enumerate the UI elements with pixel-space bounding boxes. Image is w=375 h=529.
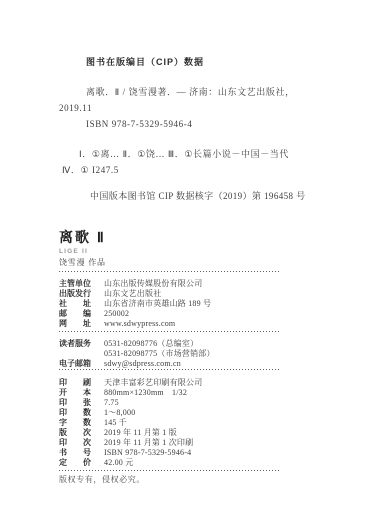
info-row: 印 刷 天津丰富彩艺印刷有限公司	[59, 378, 339, 388]
info-label: 字 数	[59, 418, 91, 428]
contact-info-section: 读者服务 0531-82098776（总编室） 0531-82098775（市场…	[59, 339, 339, 369]
info-row: 字 数 145 千	[59, 418, 339, 428]
info-value: 250002	[104, 309, 129, 319]
info-label: 定 价	[59, 458, 91, 468]
info-label: 印 次	[59, 438, 91, 448]
dotted-divider	[59, 369, 280, 370]
publisher-info-section: 主管单位 山东出版传媒股份有限公司 出版发行 山东文艺出版社 社 址 山东省济南…	[59, 279, 339, 329]
info-value: sdwy@sdpress.com.cn	[104, 359, 181, 369]
info-value: 145 千	[104, 418, 127, 428]
book-copyright-page: 图书在版编目（CIP）数据 离歌．Ⅱ / 饶雪漫著．— 济南：山东文艺出版社， …	[0, 0, 375, 529]
title-block: 离歌 Ⅱ LIGE II 饶雪漫 作品	[59, 230, 339, 267]
cip-isbn-line: ISBN 978-7-5329-5946-4	[86, 116, 339, 132]
info-value: www.sdwypress.com	[104, 319, 175, 329]
cip-record-line-2: 2019.11	[59, 100, 339, 116]
book-title-romanized: LIGE II	[59, 248, 339, 255]
info-label: 邮 编	[59, 309, 91, 319]
book-author: 饶雪漫 作品	[59, 258, 339, 267]
info-value: 山东省济南市英雄山路 189 号	[104, 299, 211, 309]
info-value: 1～8,000	[104, 408, 135, 418]
book-title: 离歌 Ⅱ	[59, 230, 339, 245]
info-value: 山东文艺出版社	[104, 289, 161, 299]
dotted-divider	[59, 470, 280, 471]
info-label: 印 刷	[59, 378, 91, 388]
info-row: 电子邮箱 sdwy@sdpress.com.cn	[59, 359, 339, 369]
info-value: 7.75	[104, 398, 119, 408]
info-label: 印 数	[59, 408, 91, 418]
cip-classification-line-1: Ⅰ．①离… Ⅱ．①饶… Ⅲ．①长篇小说－中国－当代	[79, 146, 339, 162]
copyright-notice: 版权专有，侵权必究。	[59, 475, 339, 484]
info-value: ISBN 978-7-5329-5946-4	[104, 448, 191, 458]
info-row: 主管单位 山东出版传媒股份有限公司	[59, 279, 339, 289]
info-value: 2019 年 11 月第 1 次印刷	[104, 438, 193, 448]
info-row: 邮 编 250002	[59, 309, 339, 319]
cip-header: 图书在版编目（CIP）数据	[86, 57, 339, 67]
info-value: 42.00 元	[104, 458, 133, 468]
info-row: 读者服务 0531-82098776（总编室）	[59, 339, 339, 349]
info-label: 网 址	[59, 319, 91, 329]
info-row: 出版发行 山东文艺出版社	[59, 289, 339, 299]
cip-block: 图书在版编目（CIP）数据 离歌．Ⅱ / 饶雪漫著．— 济南：山东文艺出版社， …	[59, 57, 339, 204]
cip-classification-line-2: Ⅳ．① I247.5	[62, 162, 339, 178]
info-label: 读者服务	[59, 339, 91, 349]
cip-record-line-1: 离歌．Ⅱ / 饶雪漫著．— 济南：山东文艺出版社，	[86, 84, 339, 100]
printing-info-section: 印 刷 天津丰富彩艺印刷有限公司 开 本 880mm×1230mm 1/32 印…	[59, 378, 339, 468]
info-row: 印 张 7.75	[59, 398, 339, 408]
info-label: 电子邮箱	[59, 359, 91, 369]
info-row: 定 价 42.00 元	[59, 458, 339, 468]
info-row: 开 本 880mm×1230mm 1/32	[59, 388, 339, 398]
info-label: 开 本	[59, 388, 91, 398]
cip-registry-line: 中国版本图书馆 CIP 数据核字（2019）第 196458 号	[90, 188, 339, 204]
info-row: 书 号 ISBN 978-7-5329-5946-4	[59, 448, 339, 458]
info-value: 2019 年 11 月第 1 版	[104, 428, 177, 438]
info-value: 880mm×1230mm 1/32	[104, 388, 187, 398]
dotted-divider	[59, 331, 280, 332]
info-label: 版 次	[59, 428, 91, 438]
info-label: 书 号	[59, 448, 91, 458]
info-label: 社 址	[59, 299, 91, 309]
info-row: 版 次 2019 年 11 月第 1 版	[59, 428, 339, 438]
info-value: 天津丰富彩艺印刷有限公司	[104, 378, 202, 388]
info-row: 网 址 www.sdwypress.com	[59, 319, 339, 329]
info-label: 出版发行	[59, 289, 91, 299]
info-label: 主管单位	[59, 279, 91, 289]
info-row: 0531-82098775（市场营销部）	[59, 349, 339, 359]
dotted-divider	[59, 271, 280, 272]
info-value: 0531-82098775（市场营销部）	[104, 349, 215, 359]
info-value: 山东出版传媒股份有限公司	[104, 279, 202, 289]
info-row: 印 次 2019 年 11 月第 1 次印刷	[59, 438, 339, 448]
page-content: 图书在版编目（CIP）数据 离歌．Ⅱ / 饶雪漫著．— 济南：山东文艺出版社， …	[0, 0, 339, 484]
info-row: 印 数 1～8,000	[59, 408, 339, 418]
info-value: 0531-82098776（总编室）	[104, 339, 198, 349]
info-label: 印 张	[59, 398, 91, 408]
info-row: 社 址 山东省济南市英雄山路 189 号	[59, 299, 339, 309]
